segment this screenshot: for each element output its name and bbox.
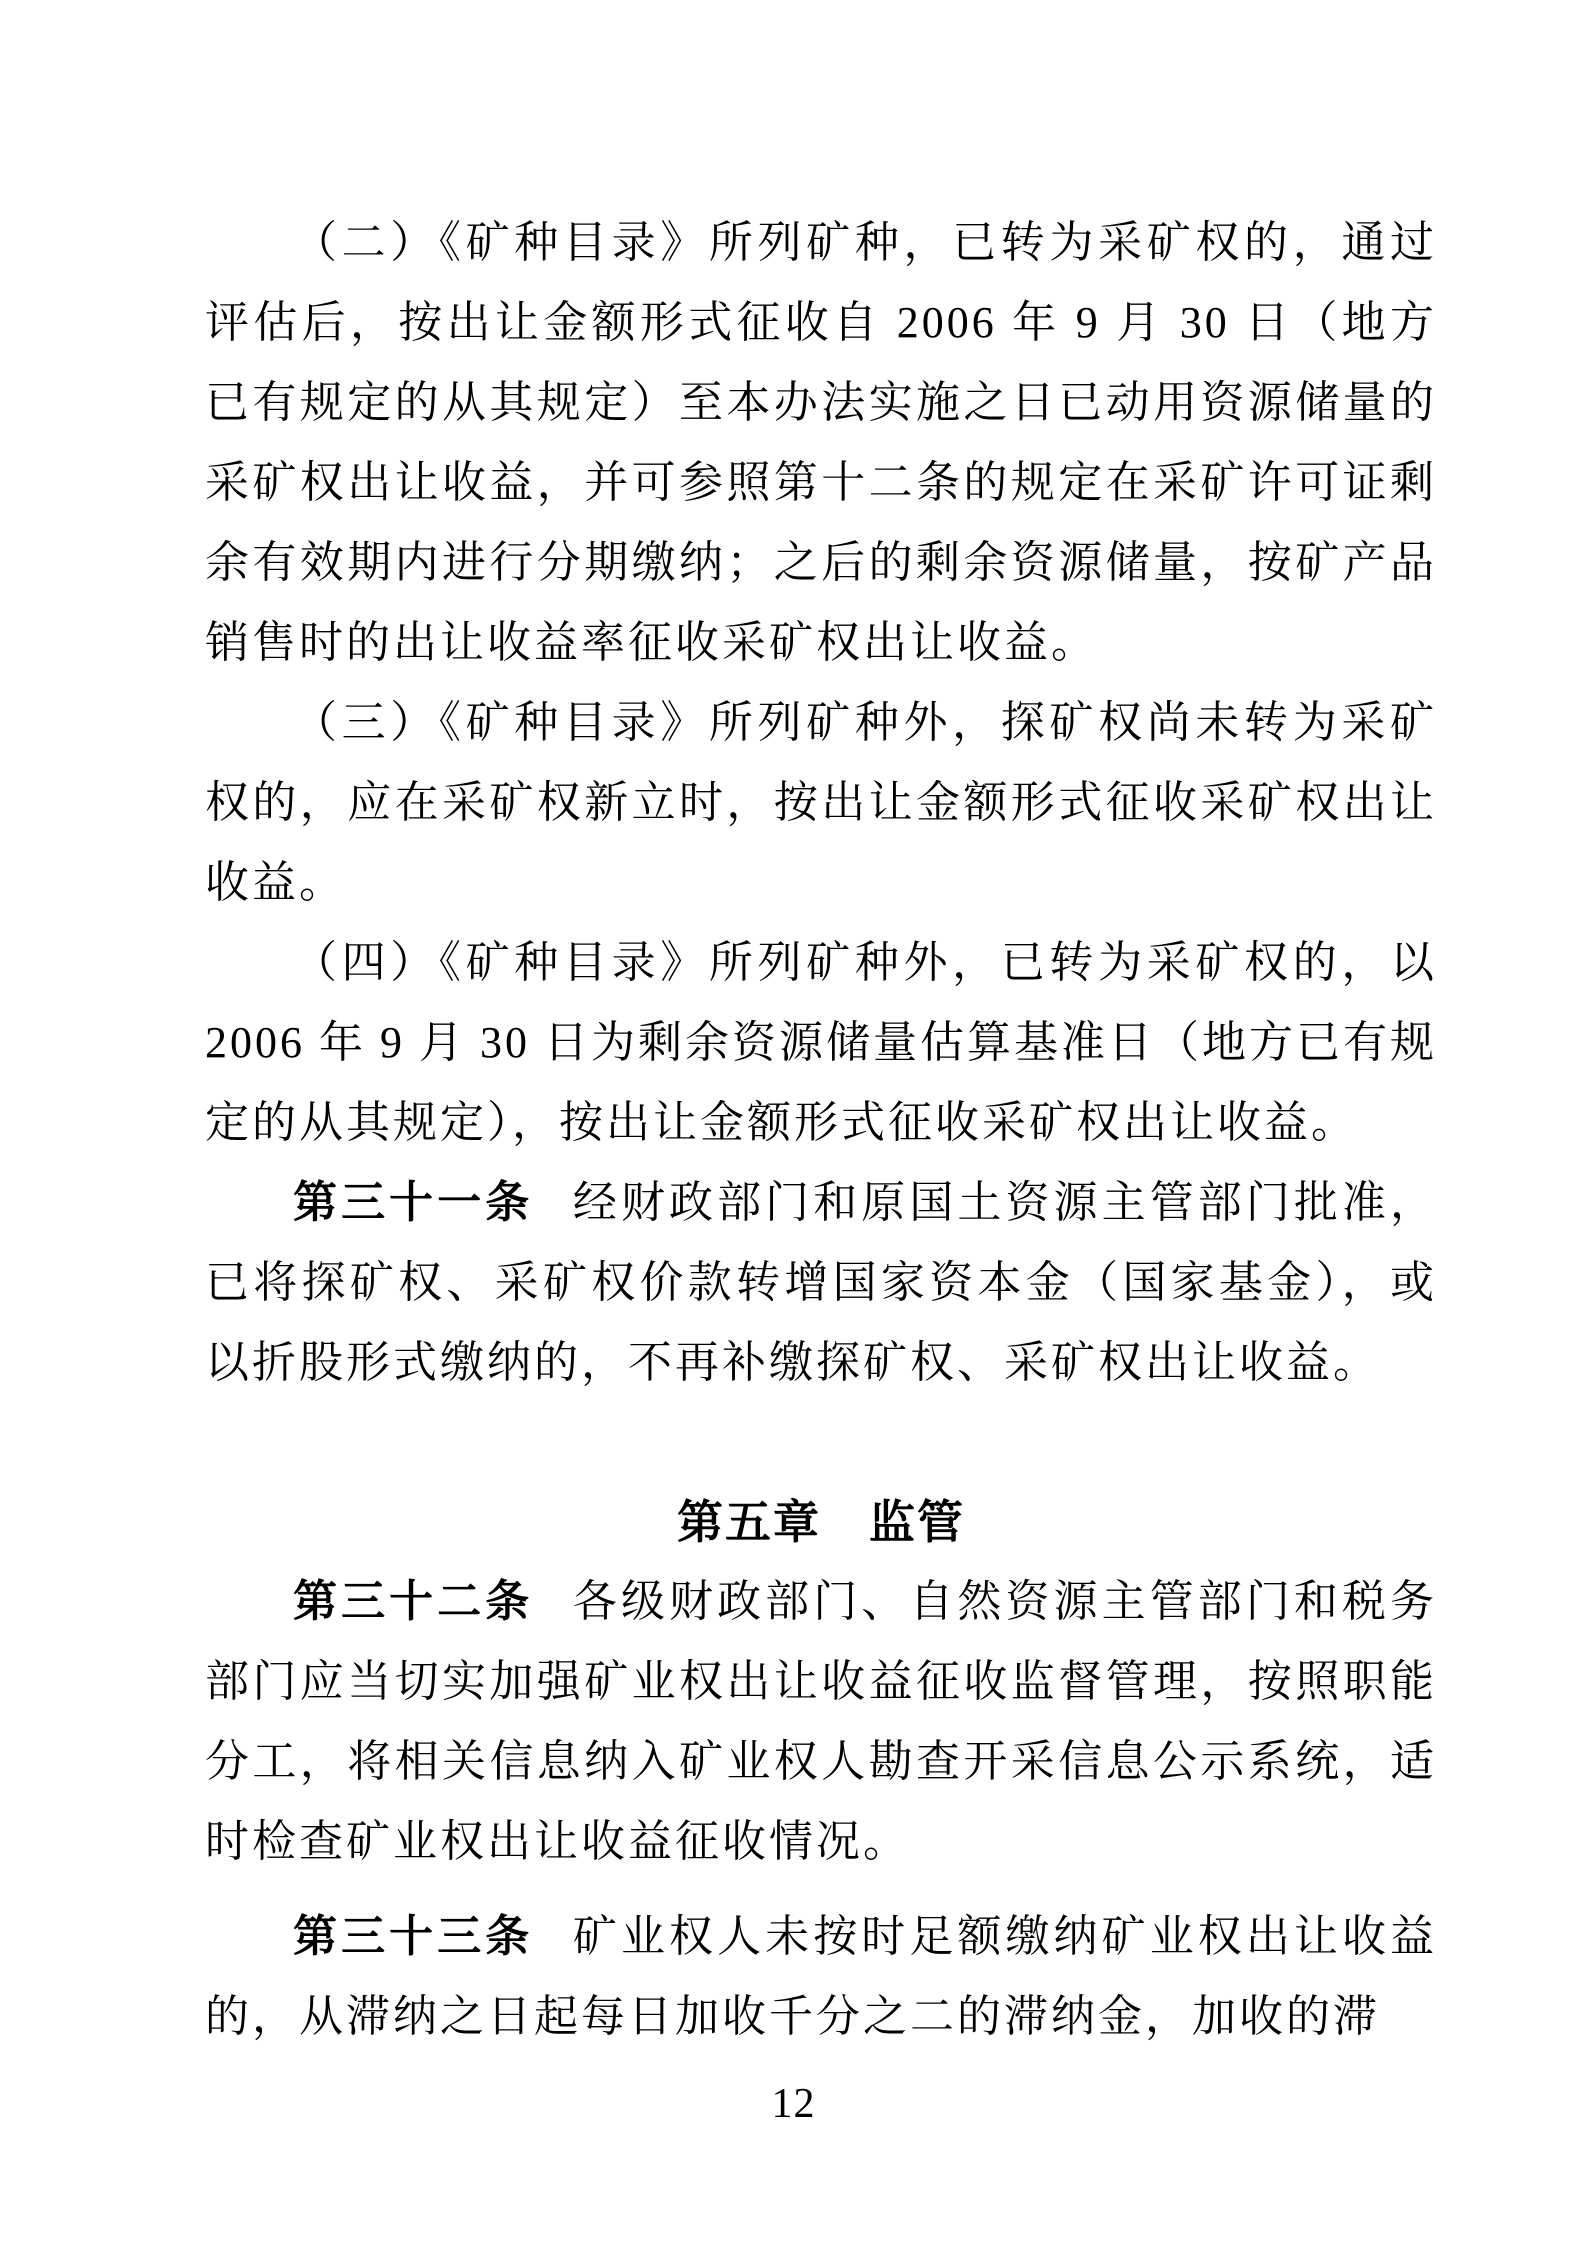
paragraph-text: （四）《矿种目录》所列矿种外，已转为采矿权的，以 2006 年 9 月 30 日…: [205, 938, 1437, 1147]
document-page: （二）《矿种目录》所列矿种，已转为采矿权的，通过评估后，按出让金额形式征收自 2…: [0, 0, 1587, 2245]
paragraph-article-32: 第三十二条各级财政部门、自然资源主管部门和税务部门应当切实加强矿业权出让收益征收…: [205, 1562, 1437, 1882]
paragraph-item-4: （四）《矿种目录》所列矿种外，已转为采矿权的，以 2006 年 9 月 30 日…: [205, 923, 1437, 1163]
paragraph-item-3: （三）《矿种目录》所列矿种外，探矿权尚未转为采矿权的，应在采矿权新立时，按出让金…: [205, 683, 1437, 923]
paragraph-text: （二）《矿种目录》所列矿种，已转为采矿权的，通过评估后，按出让金额形式征收自 2…: [205, 218, 1437, 667]
page-number: 12: [0, 2078, 1587, 2130]
paragraph-item-2: （二）《矿种目录》所列矿种，已转为采矿权的，通过评估后，按出让金额形式征收自 2…: [205, 203, 1437, 683]
article-number: 第三十一条: [293, 1178, 533, 1227]
paragraph-article-33: 第三十三条矿业权人未按时足额缴纳矿业权出让收益的，从滞纳之日起每日加收千分之二的…: [205, 1897, 1437, 2057]
document-body: （二）《矿种目录》所列矿种，已转为采矿权的，通过评估后，按出让金额形式征收自 2…: [205, 203, 1437, 2057]
chapter-heading: 第五章 监管: [205, 1482, 1437, 1562]
paragraph-text: （三）《矿种目录》所列矿种外，探矿权尚未转为采矿权的，应在采矿权新立时，按出让金…: [205, 698, 1437, 907]
article-number: 第三十三条: [293, 1912, 533, 1961]
paragraph-article-31: 第三十一条经财政部门和原国土资源主管部门批准，已将探矿权、采矿权价款转增国家资本…: [205, 1163, 1437, 1403]
article-number: 第三十二条: [293, 1577, 533, 1626]
